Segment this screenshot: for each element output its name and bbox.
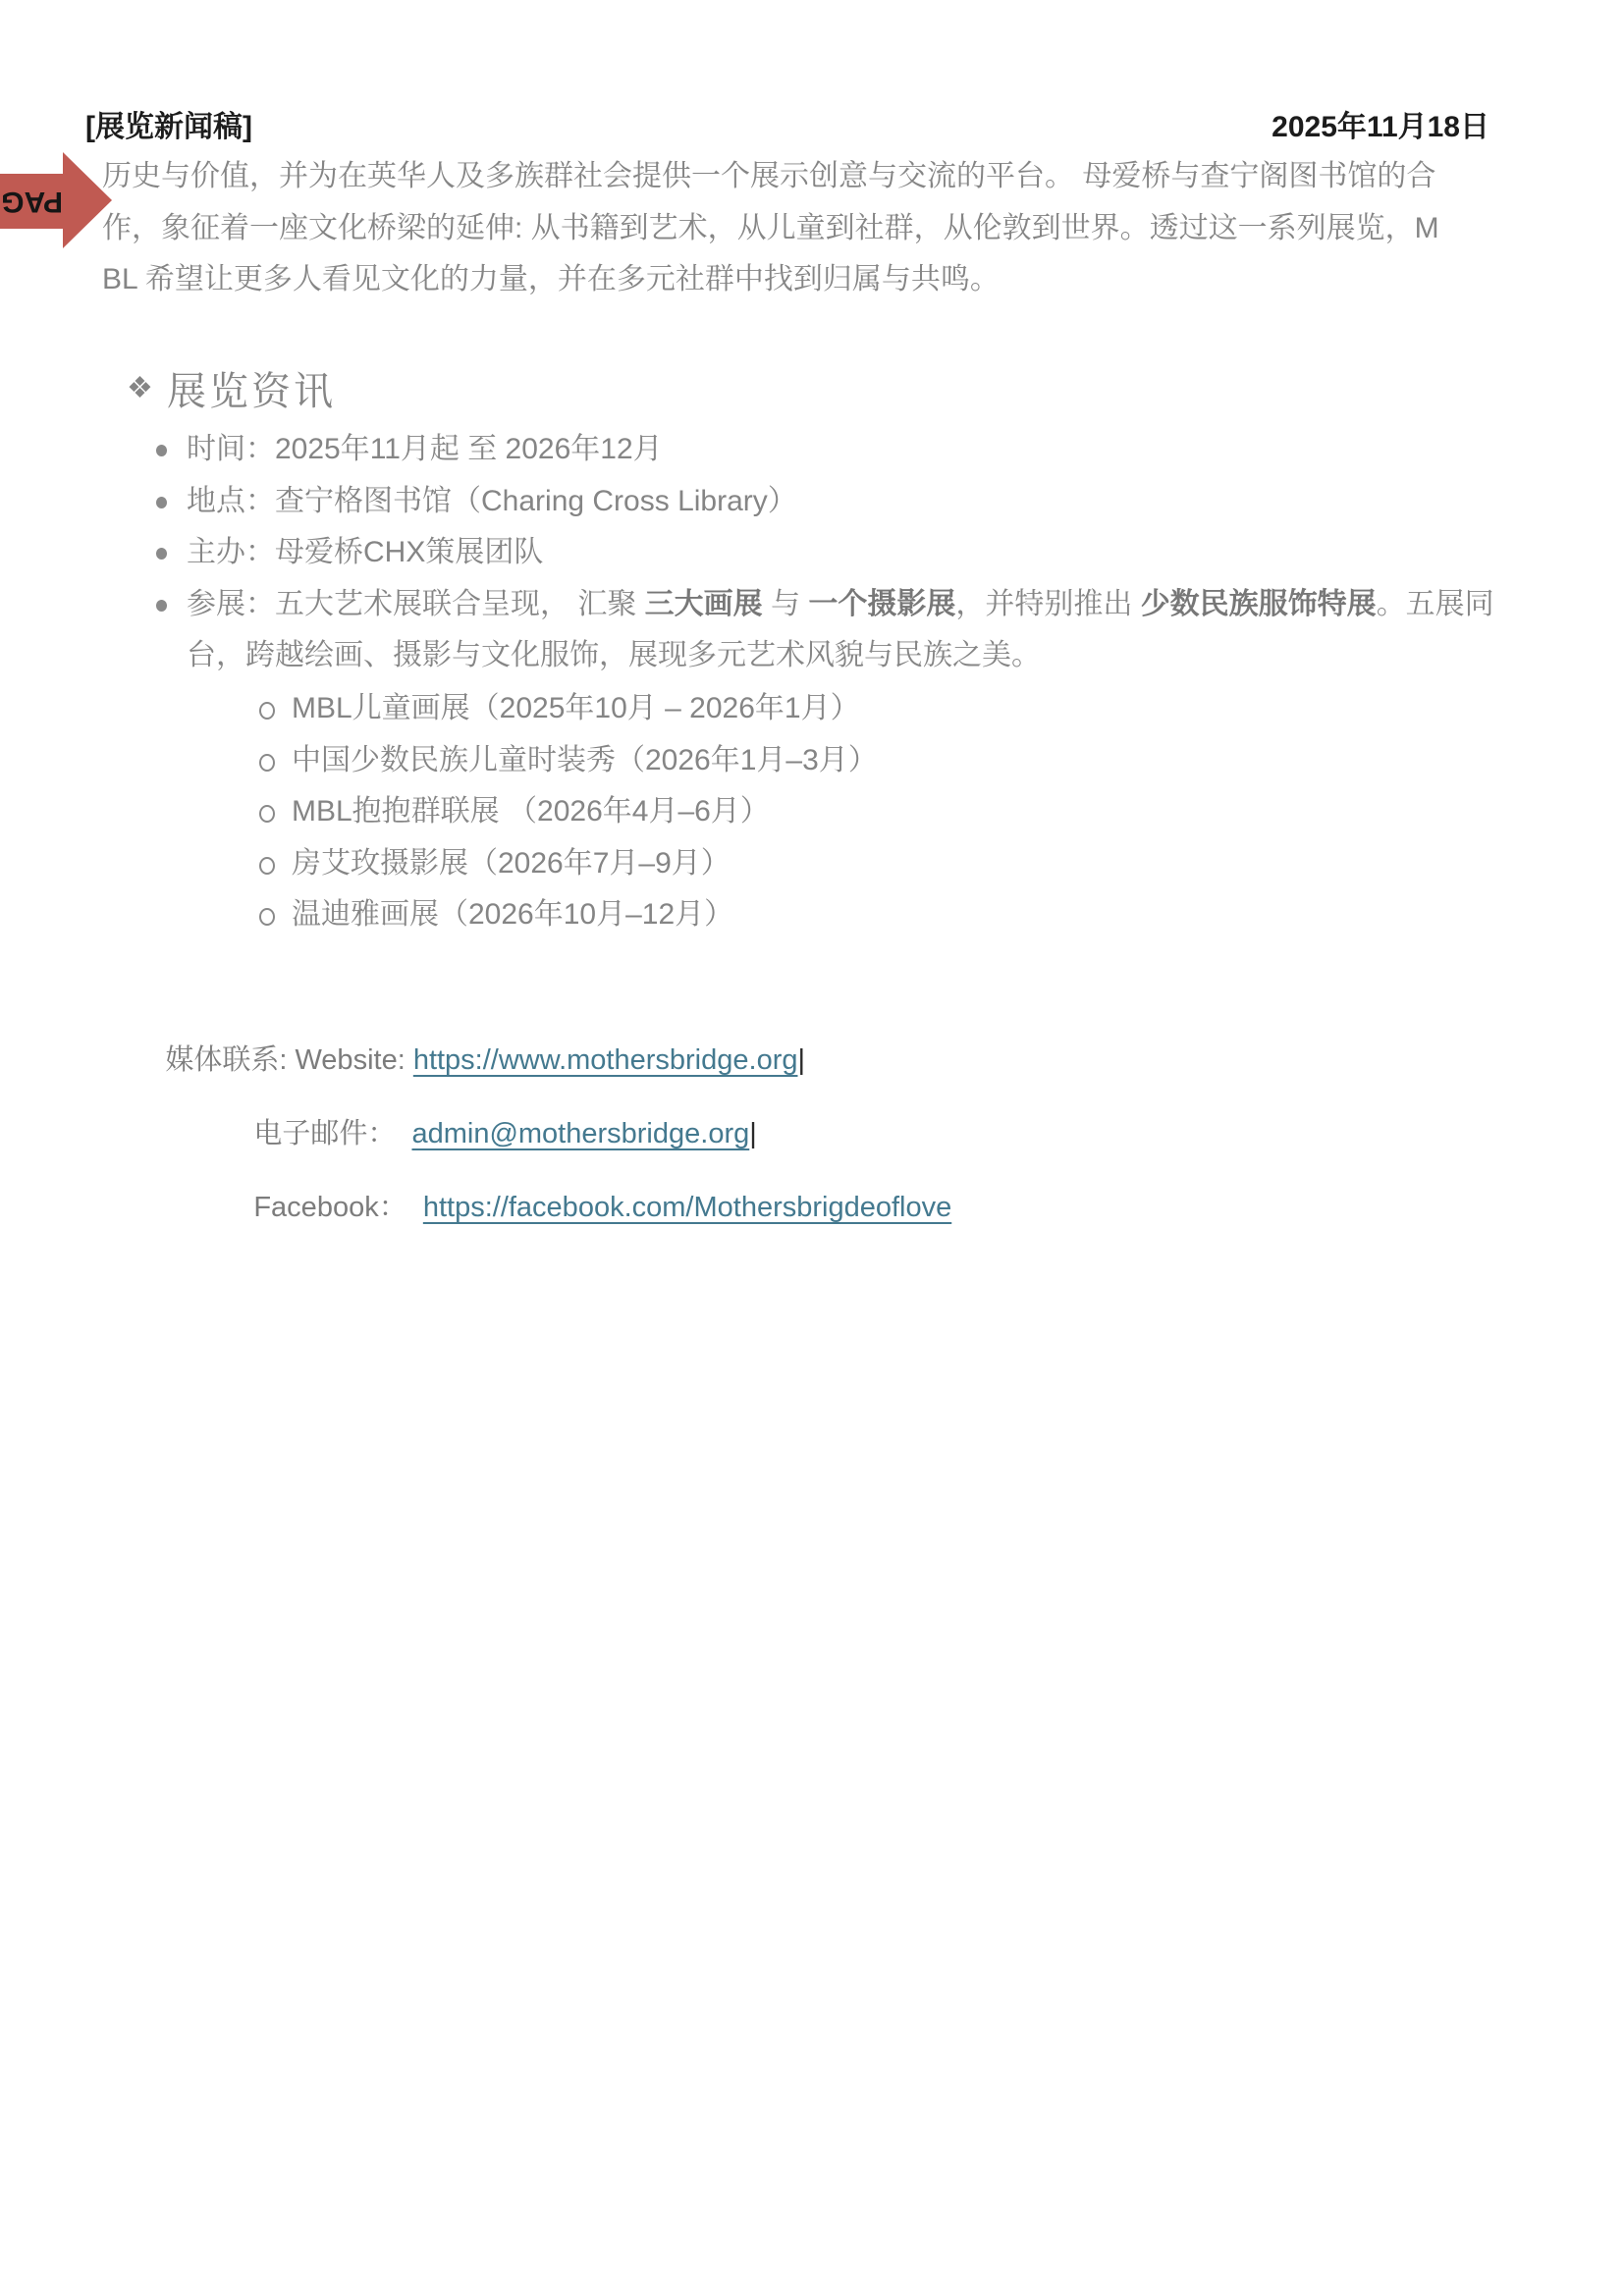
page-header: [展览新闻稿] 2025年11月18日 bbox=[85, 102, 1489, 145]
contact-label: Facebook： bbox=[253, 1192, 422, 1223]
list-item: 温迪雅画展（2026年10月–12月） bbox=[257, 889, 1435, 941]
list-item-time: 时间：2025年11月起 至 2026年12月 bbox=[155, 424, 1515, 476]
intro-paragraph: 历史与价值，并为在英华人及多族群社会提供一个展示创意与交流的平台。 母爱桥与查宁… bbox=[102, 151, 1516, 306]
list-item: MBL儿童画展（2025年10月 – 2026年1月） bbox=[257, 683, 1435, 735]
list-item-text: 时间：2025年11月起 至 2026年12月 bbox=[187, 424, 663, 476]
page-marker-label: PAG bbox=[2, 174, 63, 229]
list-item-text: MBL儿童画展（2025年10月 – 2026年1月） bbox=[292, 683, 860, 735]
doc-type-label: [展览新闻稿] bbox=[85, 102, 252, 145]
media-contact-block: 媒体联系: Website: https://www.mothersbridge… bbox=[118, 995, 951, 1216]
bullet-icon bbox=[155, 476, 187, 528]
circle-bullet-icon bbox=[257, 735, 292, 787]
cursor-pipe: | bbox=[797, 1044, 805, 1076]
bullet-icon bbox=[155, 579, 187, 631]
circle-bullet-icon bbox=[257, 838, 292, 890]
circle-bullet-icon bbox=[257, 786, 292, 838]
exhibit-bold-costume: 少数民族服饰特展 bbox=[1141, 588, 1377, 620]
document-page: [展览新闻稿] 2025年11月18日 PAG 历史与价值，并为在英华人及多族群… bbox=[0, 0, 1624, 2296]
intro-line: BL 希望让更多人看见文化的力量，并在多元社群中找到归属与共鸣。 bbox=[102, 254, 1516, 306]
section-title: 展览资讯 bbox=[167, 360, 336, 416]
list-item-exhibitions: 参展：五大艺术展联合呈现， 汇聚 三大画展 与 一个摄影展，并特别推出 少数民族… bbox=[155, 579, 1515, 682]
exhibit-text-mid1: 与 bbox=[763, 588, 809, 620]
exhibit-bold-paintings: 三大画展 bbox=[645, 588, 763, 620]
diamond-bullet-icon: ❖ bbox=[127, 371, 167, 405]
bullet-icon bbox=[155, 527, 187, 579]
exhibit-text-mid2: ，并特别推出 bbox=[955, 588, 1140, 620]
circle-bullet-icon bbox=[257, 889, 292, 941]
list-item-text: 地点：查宁格图书馆（Charing Cross Library） bbox=[187, 476, 797, 528]
list-item-text: 温迪雅画展（2026年10月–12月） bbox=[292, 889, 733, 941]
list-item: 房艾玫摄影展（2026年7月–9月） bbox=[257, 838, 1435, 890]
list-item-venue: 地点：查宁格图书馆（Charing Cross Library） bbox=[155, 476, 1515, 528]
contact-line-website: 媒体联系: Website: https://www.mothersbridge… bbox=[118, 995, 951, 1039]
list-item-text: 中国少数民族儿童时装秀（2026年1月–3月） bbox=[292, 735, 878, 787]
circle-bullet-icon bbox=[257, 683, 292, 735]
contact-label: 电子邮件： bbox=[253, 1118, 411, 1149]
section-heading: ❖ 展览资讯 bbox=[127, 363, 336, 412]
cursor-pipe: | bbox=[749, 1118, 757, 1149]
bullet-icon bbox=[155, 424, 187, 476]
list-item: 中国少数民族儿童时装秀（2026年1月–3月） bbox=[257, 735, 1435, 787]
exhibition-sub-list: MBL儿童画展（2025年10月 – 2026年1月） 中国少数民族儿童时装秀（… bbox=[257, 683, 1435, 941]
list-item: MBL抱抱群联展 （2026年4月–6月） bbox=[257, 786, 1435, 838]
list-item-organizer: 主办：母爱桥CHX策展团队 bbox=[155, 527, 1515, 579]
list-item-text: 参展：五大艺术展联合呈现， 汇聚 三大画展 与 一个摄影展，并特别推出 少数民族… bbox=[187, 579, 1515, 682]
list-item-text: 房艾玫摄影展（2026年7月–9月） bbox=[292, 838, 731, 890]
list-item-text: 主办：母爱桥CHX策展团队 bbox=[187, 527, 543, 579]
website-link[interactable]: https://www.mothersbridge.org bbox=[413, 1044, 798, 1076]
facebook-link[interactable]: https://facebook.com/Mothersbrigdeoflove bbox=[423, 1192, 951, 1223]
exhibit-text-prefix: 参展：五大艺术展联合呈现， 汇聚 bbox=[187, 588, 645, 620]
doc-date: 2025年11月18日 bbox=[1272, 102, 1489, 145]
list-item-text: MBL抱抱群联展 （2026年4月–6月） bbox=[292, 786, 770, 838]
email-link[interactable]: admin@mothersbridge.org bbox=[411, 1118, 749, 1149]
intro-line: 历史与价值，并为在英华人及多族群社会提供一个展示创意与交流的平台。 母爱桥与查宁… bbox=[102, 151, 1516, 203]
intro-line: 作，象征着一座文化桥梁的延伸: 从书籍到艺术，从儿童到社群，从伦敦到世界。透过这… bbox=[102, 203, 1516, 255]
contact-label: 媒体联系: Website: bbox=[165, 1044, 412, 1076]
exhibition-info-list: 时间：2025年11月起 至 2026年12月 地点：查宁格图书馆（Charin… bbox=[155, 424, 1515, 682]
exhibit-bold-photo: 一个摄影展 bbox=[808, 588, 955, 620]
page-marker-arrow: PAG bbox=[0, 152, 114, 248]
